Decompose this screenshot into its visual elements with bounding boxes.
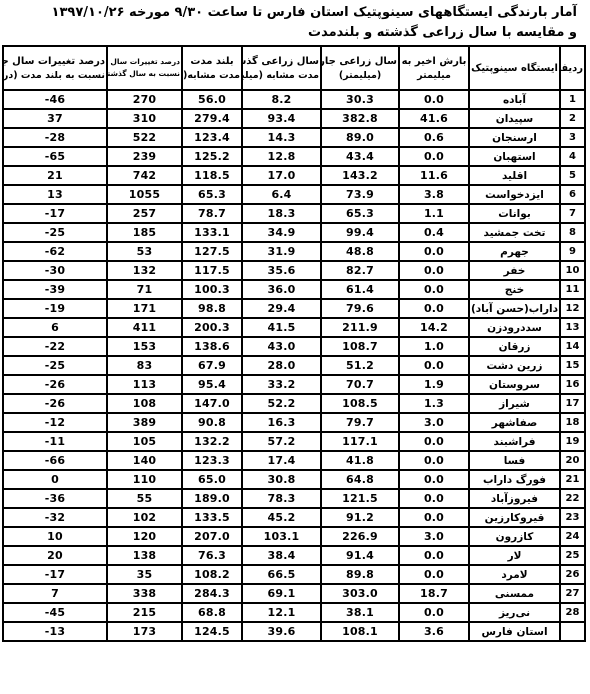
rainfall-table: ردیف ایستگاه سینوپتیک بارش اخیر به میلیم…: [2, 45, 586, 642]
cell-row-number: 18: [560, 413, 585, 432]
cell-row-number: 22: [560, 489, 585, 508]
cell-recent-rainfall-mm: 41.6: [399, 109, 469, 128]
cell-long-term-mm: 133.1: [182, 223, 242, 242]
cell-long-term-mm: 133.5: [182, 508, 242, 527]
cell-row-number: 20: [560, 451, 585, 470]
cell-last-year-mm: 6.4: [242, 185, 321, 204]
table-row: 18صفاشهر3.079.716.390.8389-12: [3, 413, 585, 432]
cell-long-term-mm: 56.0: [182, 90, 242, 109]
cell-current-year-mm: 121.5: [321, 489, 399, 508]
cell-current-year-mm: 38.1: [321, 603, 399, 622]
cell-current-year-mm: 226.9: [321, 527, 399, 546]
column-header-current-year: سال زراعی جاری (میلیمتر): [321, 46, 399, 90]
cell-long-term-mm: 98.8: [182, 299, 242, 318]
cell-pct-vs-last-year: 171: [107, 299, 182, 318]
cell-row-number: 2: [560, 109, 585, 128]
cell-pct-vs-long-term: -17: [3, 204, 107, 223]
cell-current-year-mm: 99.4: [321, 223, 399, 242]
cell-station-name: نی‌ریز: [469, 603, 560, 622]
cell-last-year-mm: 29.4: [242, 299, 321, 318]
cell-last-year-mm: 30.8: [242, 470, 321, 489]
cell-recent-rainfall-mm: 1.0: [399, 337, 469, 356]
cell-long-term-mm: 67.9: [182, 356, 242, 375]
cell-long-term-mm: 132.2: [182, 432, 242, 451]
cell-recent-rainfall-mm: 1.3: [399, 394, 469, 413]
column-header-station: ایستگاه سینوپتیک: [469, 46, 560, 90]
cell-last-year-mm: 52.2: [242, 394, 321, 413]
cell-pct-vs-last-year: 108: [107, 394, 182, 413]
cell-station-name: آباده: [469, 90, 560, 109]
cell-row-number: 24: [560, 527, 585, 546]
cell-last-year-mm: 66.5: [242, 565, 321, 584]
cell-pct-vs-long-term: 10: [3, 527, 107, 546]
table-row: 20فسا0.041.817.4123.3140-66: [3, 451, 585, 470]
cell-pct-vs-long-term: 21: [3, 166, 107, 185]
cell-pct-vs-long-term: 20: [3, 546, 107, 565]
cell-recent-rainfall-mm: 1.1: [399, 204, 469, 223]
cell-long-term-mm: 68.8: [182, 603, 242, 622]
cell-recent-rainfall-mm: 18.7: [399, 584, 469, 603]
column-header-recent-rainfall: بارش اخیر به میلیمتر: [399, 46, 469, 90]
cell-pct-vs-last-year: 113: [107, 375, 182, 394]
cell-pct-vs-last-year: 270: [107, 90, 182, 109]
cell-station-name: فسا: [469, 451, 560, 470]
cell-last-year-mm: 34.9: [242, 223, 321, 242]
cell-station-name: بوانات: [469, 204, 560, 223]
cell-long-term-mm: 138.6: [182, 337, 242, 356]
cell-last-year-mm: 57.2: [242, 432, 321, 451]
cell-recent-rainfall-mm: 0.0: [399, 242, 469, 261]
table-row: 24کازرون3.0226.9103.1207.012010: [3, 527, 585, 546]
cell-current-year-mm: 143.2: [321, 166, 399, 185]
table-row: 15زرین دشت0.051.228.067.983-25: [3, 356, 585, 375]
cell-pct-vs-last-year: 140: [107, 451, 182, 470]
table-row: 2سپیدان41.6382.893.4279.431037: [3, 109, 585, 128]
table-row: 26لامرد0.089.866.5108.235-17: [3, 565, 585, 584]
cell-pct-vs-last-year: 742: [107, 166, 182, 185]
cell-current-year-mm: 382.8: [321, 109, 399, 128]
cell-recent-rainfall-mm: 0.0: [399, 451, 469, 470]
cell-recent-rainfall-mm: 0.6: [399, 128, 469, 147]
table-row: 13سددرودزن14.2211.941.5200.34116: [3, 318, 585, 337]
column-header-row-number: ردیف: [560, 46, 585, 90]
cell-pct-vs-long-term: -17: [3, 565, 107, 584]
cell-long-term-mm: 95.4: [182, 375, 242, 394]
cell-pct-vs-last-year: 71: [107, 280, 182, 299]
cell-pct-vs-last-year: 105: [107, 432, 182, 451]
cell-station-name: فورگ داراب: [469, 470, 560, 489]
cell-recent-rainfall-mm: 0.0: [399, 432, 469, 451]
cell-pct-vs-long-term: -22: [3, 337, 107, 356]
cell-long-term-mm: 117.5: [182, 261, 242, 280]
cell-pct-vs-last-year: 35: [107, 565, 182, 584]
cell-recent-rainfall-mm: 0.0: [399, 147, 469, 166]
cell-station-name: سپیدان: [469, 109, 560, 128]
cell-pct-vs-last-year: 173: [107, 622, 182, 641]
table-row: 17شیراز1.3108.552.2147.0108-26: [3, 394, 585, 413]
cell-recent-rainfall-mm: 0.0: [399, 508, 469, 527]
table-row: 14زرقان1.0108.743.0138.6153-22: [3, 337, 585, 356]
table-row: 16سروستان1.970.733.295.4113-26: [3, 375, 585, 394]
column-header-pct-vs-last-year: درصد تغییرات سال جاری نسبت به سال گذشته(…: [107, 46, 182, 90]
cell-last-year-mm: 36.0: [242, 280, 321, 299]
cell-current-year-mm: 61.4: [321, 280, 399, 299]
cell-row-number: [560, 622, 585, 641]
cell-pct-vs-long-term: -26: [3, 375, 107, 394]
cell-long-term-mm: 100.3: [182, 280, 242, 299]
cell-recent-rainfall-mm: 0.0: [399, 280, 469, 299]
cell-station-name: شیراز: [469, 394, 560, 413]
cell-station-name: استهبان: [469, 147, 560, 166]
cell-current-year-mm: 51.2: [321, 356, 399, 375]
cell-station-name: قیروکارزین: [469, 508, 560, 527]
table-row: 25لار0.091.438.476.313820: [3, 546, 585, 565]
cell-row-number: 23: [560, 508, 585, 527]
cell-pct-vs-long-term: -30: [3, 261, 107, 280]
table-row: 22فیروزآباد0.0121.578.3189.055-36: [3, 489, 585, 508]
cell-pct-vs-long-term: -28: [3, 128, 107, 147]
cell-long-term-mm: 127.5: [182, 242, 242, 261]
cell-current-year-mm: 117.1: [321, 432, 399, 451]
cell-long-term-mm: 147.0: [182, 394, 242, 413]
table-row: 23قیروکارزین0.091.245.2133.5102-32: [3, 508, 585, 527]
cell-station-name: ممسنی: [469, 584, 560, 603]
cell-row-number: 11: [560, 280, 585, 299]
report-title: آمار بارندگی ایستگاههای سینوپتیک استان ف…: [0, 0, 590, 44]
cell-row-number: 17: [560, 394, 585, 413]
table-row: 28نی‌ریز0.038.112.168.8215-45: [3, 603, 585, 622]
cell-recent-rainfall-mm: 0.0: [399, 565, 469, 584]
cell-long-term-mm: 65.3: [182, 185, 242, 204]
cell-pct-vs-last-year: 153: [107, 337, 182, 356]
cell-pct-vs-long-term: -39: [3, 280, 107, 299]
page-title-line1: آمار بارندگی ایستگاههای سینوپتیک استان ف…: [0, 2, 577, 23]
cell-row-number: 16: [560, 375, 585, 394]
cell-pct-vs-long-term: -36: [3, 489, 107, 508]
cell-last-year-mm: 33.2: [242, 375, 321, 394]
cell-pct-vs-long-term: 37: [3, 109, 107, 128]
cell-pct-vs-last-year: 55: [107, 489, 182, 508]
cell-current-year-mm: 211.9: [321, 318, 399, 337]
cell-station-name: ارسنجان: [469, 128, 560, 147]
cell-pct-vs-last-year: 53: [107, 242, 182, 261]
cell-pct-vs-long-term: -46: [3, 90, 107, 109]
cell-current-year-mm: 108.5: [321, 394, 399, 413]
cell-last-year-mm: 12.1: [242, 603, 321, 622]
table-row: 11خنج0.061.436.0100.371-39: [3, 280, 585, 299]
table-row: 5اقلید11.6143.217.0118.574221: [3, 166, 585, 185]
cell-current-year-mm: 73.9: [321, 185, 399, 204]
cell-row-number: 28: [560, 603, 585, 622]
cell-pct-vs-long-term: 13: [3, 185, 107, 204]
cell-row-number: 7: [560, 204, 585, 223]
cell-station-name: فراشبند: [469, 432, 560, 451]
cell-row-number: 25: [560, 546, 585, 565]
cell-pct-vs-last-year: 102: [107, 508, 182, 527]
cell-pct-vs-last-year: 1055: [107, 185, 182, 204]
cell-pct-vs-last-year: 185: [107, 223, 182, 242]
cell-row-number: 1: [560, 90, 585, 109]
cell-pct-vs-long-term: -66: [3, 451, 107, 470]
cell-row-number: 26: [560, 565, 585, 584]
cell-station-name: تخت جمشید: [469, 223, 560, 242]
cell-current-year-mm: 79.6: [321, 299, 399, 318]
cell-pct-vs-long-term: -13: [3, 622, 107, 641]
cell-pct-vs-long-term: -25: [3, 223, 107, 242]
cell-recent-rainfall-mm: 3.8: [399, 185, 469, 204]
cell-station-name: لار: [469, 546, 560, 565]
cell-last-year-mm: 28.0: [242, 356, 321, 375]
table-row: 3ارسنجان0.689.014.3123.4522-28: [3, 128, 585, 147]
cell-station-name: سددرودزن: [469, 318, 560, 337]
cell-last-year-mm: 103.1: [242, 527, 321, 546]
cell-row-number: 14: [560, 337, 585, 356]
cell-recent-rainfall-mm: 0.0: [399, 489, 469, 508]
cell-pct-vs-long-term: -45: [3, 603, 107, 622]
table-row: 10خفر0.082.735.6117.5132-30: [3, 261, 585, 280]
page-title-line2: و مقایسه با سال زراعی گذشته و بلندمدت: [0, 23, 577, 43]
cell-recent-rainfall-mm: 0.0: [399, 261, 469, 280]
column-header-long-term: بلند مدت مدت مشابه(میلیمتر): [182, 46, 242, 90]
cell-long-term-mm: 90.8: [182, 413, 242, 432]
cell-last-year-mm: 45.2: [242, 508, 321, 527]
cell-recent-rainfall-mm: 0.0: [399, 470, 469, 489]
cell-long-term-mm: 108.2: [182, 565, 242, 584]
cell-current-year-mm: 30.3: [321, 90, 399, 109]
cell-pct-vs-last-year: 120: [107, 527, 182, 546]
cell-pct-vs-last-year: 522: [107, 128, 182, 147]
table-row: 6ایزدخواست3.873.96.465.3105513: [3, 185, 585, 204]
table-row: 7بوانات1.165.318.378.7257-17: [3, 204, 585, 223]
cell-recent-rainfall-mm: 0.0: [399, 90, 469, 109]
cell-last-year-mm: 12.8: [242, 147, 321, 166]
cell-recent-rainfall-mm: 3.6: [399, 622, 469, 641]
cell-pct-vs-long-term: -26: [3, 394, 107, 413]
cell-recent-rainfall-mm: 0.4: [399, 223, 469, 242]
cell-pct-vs-long-term: -32: [3, 508, 107, 527]
cell-last-year-mm: 41.5: [242, 318, 321, 337]
cell-row-number: 15: [560, 356, 585, 375]
cell-pct-vs-long-term: 6: [3, 318, 107, 337]
cell-recent-rainfall-mm: 0.0: [399, 603, 469, 622]
cell-long-term-mm: 189.0: [182, 489, 242, 508]
cell-row-number: 19: [560, 432, 585, 451]
cell-pct-vs-last-year: 132: [107, 261, 182, 280]
cell-station-name: اقلید: [469, 166, 560, 185]
cell-current-year-mm: 108.1: [321, 622, 399, 641]
cell-row-number: 27: [560, 584, 585, 603]
cell-current-year-mm: 43.4: [321, 147, 399, 166]
cell-station-name: زرین دشت: [469, 356, 560, 375]
table-row: استان فارس3.6108.139.6124.5173-13: [3, 622, 585, 641]
cell-last-year-mm: 39.6: [242, 622, 321, 641]
cell-last-year-mm: 14.3: [242, 128, 321, 147]
cell-last-year-mm: 8.2: [242, 90, 321, 109]
cell-row-number: 21: [560, 470, 585, 489]
cell-station-name: سروستان: [469, 375, 560, 394]
cell-long-term-mm: 124.5: [182, 622, 242, 641]
cell-current-year-mm: 91.2: [321, 508, 399, 527]
cell-recent-rainfall-mm: 0.0: [399, 546, 469, 565]
cell-pct-vs-last-year: 257: [107, 204, 182, 223]
header-row: ردیف ایستگاه سینوپتیک بارش اخیر به میلیم…: [3, 46, 585, 90]
cell-station-name: خنج: [469, 280, 560, 299]
cell-pct-vs-long-term: 0: [3, 470, 107, 489]
table-row: 4استهبان0.043.412.8125.2239-65: [3, 147, 585, 166]
cell-long-term-mm: 123.3: [182, 451, 242, 470]
cell-last-year-mm: 35.6: [242, 261, 321, 280]
cell-recent-rainfall-mm: 1.9: [399, 375, 469, 394]
cell-row-number: 5: [560, 166, 585, 185]
cell-current-year-mm: 82.7: [321, 261, 399, 280]
cell-current-year-mm: 303.0: [321, 584, 399, 603]
cell-pct-vs-last-year: 310: [107, 109, 182, 128]
table-row: 9جهرم0.048.831.9127.553-62: [3, 242, 585, 261]
cell-station-name: استان فارس: [469, 622, 560, 641]
cell-last-year-mm: 31.9: [242, 242, 321, 261]
cell-long-term-mm: 123.4: [182, 128, 242, 147]
cell-recent-rainfall-mm: 11.6: [399, 166, 469, 185]
table-header: ردیف ایستگاه سینوپتیک بارش اخیر به میلیم…: [3, 46, 585, 90]
cell-pct-vs-long-term: -62: [3, 242, 107, 261]
cell-long-term-mm: 207.0: [182, 527, 242, 546]
report-page: آمار بارندگی ایستگاههای سینوپتیک استان ف…: [0, 0, 590, 694]
cell-row-number: 13: [560, 318, 585, 337]
cell-current-year-mm: 41.8: [321, 451, 399, 470]
cell-last-year-mm: 17.0: [242, 166, 321, 185]
table-row: 1آباده0.030.38.256.0270-46: [3, 90, 585, 109]
cell-current-year-mm: 89.8: [321, 565, 399, 584]
cell-row-number: 6: [560, 185, 585, 204]
cell-pct-vs-long-term: -65: [3, 147, 107, 166]
cell-recent-rainfall-mm: 0.0: [399, 356, 469, 375]
cell-pct-vs-last-year: 239: [107, 147, 182, 166]
cell-last-year-mm: 93.4: [242, 109, 321, 128]
cell-station-name: جهرم: [469, 242, 560, 261]
table-row: 8تخت جمشید0.499.434.9133.1185-25: [3, 223, 585, 242]
cell-station-name: خفر: [469, 261, 560, 280]
cell-current-year-mm: 64.8: [321, 470, 399, 489]
cell-station-name: زرقان: [469, 337, 560, 356]
cell-row-number: 9: [560, 242, 585, 261]
table-body: 1آباده0.030.38.256.0270-462سپیدان41.6382…: [3, 90, 585, 641]
cell-long-term-mm: 118.5: [182, 166, 242, 185]
cell-last-year-mm: 18.3: [242, 204, 321, 223]
cell-last-year-mm: 38.4: [242, 546, 321, 565]
cell-long-term-mm: 78.7: [182, 204, 242, 223]
cell-recent-rainfall-mm: 3.0: [399, 527, 469, 546]
cell-row-number: 10: [560, 261, 585, 280]
cell-pct-vs-last-year: 389: [107, 413, 182, 432]
cell-current-year-mm: 108.7: [321, 337, 399, 356]
cell-station-name: داراب(حسن آباد): [469, 299, 560, 318]
cell-pct-vs-last-year: 215: [107, 603, 182, 622]
cell-current-year-mm: 48.8: [321, 242, 399, 261]
cell-pct-vs-last-year: 83: [107, 356, 182, 375]
cell-long-term-mm: 76.3: [182, 546, 242, 565]
cell-pct-vs-last-year: 110: [107, 470, 182, 489]
cell-current-year-mm: 65.3: [321, 204, 399, 223]
cell-recent-rainfall-mm: 14.2: [399, 318, 469, 337]
column-header-pct-vs-long-term: درصد تغییرات سال جاری نسبت به بلند مدت (…: [3, 46, 107, 90]
cell-current-year-mm: 79.7: [321, 413, 399, 432]
cell-current-year-mm: 89.0: [321, 128, 399, 147]
table-row: 21فورگ داراب0.064.830.865.01100: [3, 470, 585, 489]
cell-last-year-mm: 78.3: [242, 489, 321, 508]
cell-pct-vs-last-year: 411: [107, 318, 182, 337]
cell-pct-vs-last-year: 138: [107, 546, 182, 565]
cell-pct-vs-long-term: -11: [3, 432, 107, 451]
table-row: 19فراشبند0.0117.157.2132.2105-11: [3, 432, 585, 451]
cell-current-year-mm: 91.4: [321, 546, 399, 565]
cell-recent-rainfall-mm: 3.0: [399, 413, 469, 432]
cell-station-name: صفاشهر: [469, 413, 560, 432]
cell-long-term-mm: 125.2: [182, 147, 242, 166]
cell-station-name: کازرون: [469, 527, 560, 546]
cell-row-number: 12: [560, 299, 585, 318]
table-row: 12داراب(حسن آباد)0.079.629.498.8171-19: [3, 299, 585, 318]
cell-row-number: 4: [560, 147, 585, 166]
cell-pct-vs-long-term: -19: [3, 299, 107, 318]
cell-station-name: فیروزآباد: [469, 489, 560, 508]
cell-long-term-mm: 284.3: [182, 584, 242, 603]
cell-long-term-mm: 279.4: [182, 109, 242, 128]
cell-last-year-mm: 69.1: [242, 584, 321, 603]
cell-current-year-mm: 70.7: [321, 375, 399, 394]
column-header-last-year: سال زراعی گذشته مدت مشابه (میلیمتر): [242, 46, 321, 90]
cell-last-year-mm: 43.0: [242, 337, 321, 356]
table-row: 27ممسنی18.7303.069.1284.33387: [3, 584, 585, 603]
cell-pct-vs-long-term: 7: [3, 584, 107, 603]
cell-long-term-mm: 65.0: [182, 470, 242, 489]
cell-row-number: 3: [560, 128, 585, 147]
cell-pct-vs-long-term: -25: [3, 356, 107, 375]
cell-long-term-mm: 200.3: [182, 318, 242, 337]
cell-pct-vs-long-term: -12: [3, 413, 107, 432]
cell-station-name: لامرد: [469, 565, 560, 584]
cell-pct-vs-last-year: 338: [107, 584, 182, 603]
cell-last-year-mm: 16.3: [242, 413, 321, 432]
cell-row-number: 8: [560, 223, 585, 242]
cell-recent-rainfall-mm: 0.0: [399, 299, 469, 318]
cell-station-name: ایزدخواست: [469, 185, 560, 204]
cell-last-year-mm: 17.4: [242, 451, 321, 470]
